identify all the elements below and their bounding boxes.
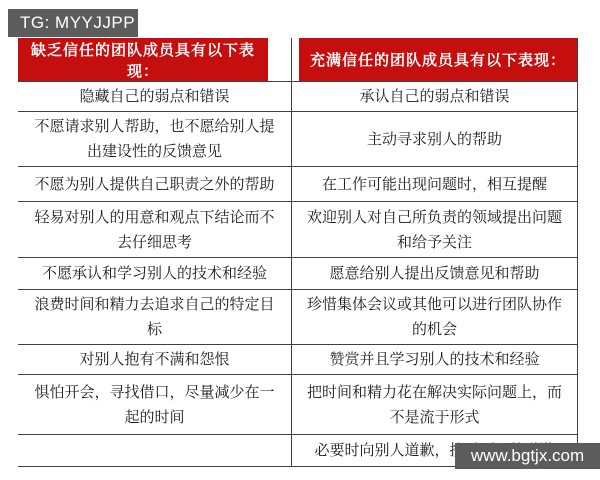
table-row: 惧怕开会，寻找借口，尽量减少在一起的时间 把时间和精力花在解决实际问题上，而不是…: [18, 375, 578, 435]
tg-tag-label: TG: MYYJJPP: [20, 13, 135, 33]
cell-full-trust: 愿意给别人提出反馈意见和帮助: [292, 258, 578, 289]
table-row: 对别人抱有不满和怨恨 赞赏并且学习别人的技术和经验: [18, 345, 578, 375]
cell-full-trust: 承认自己的弱点和错误: [292, 82, 578, 111]
table-row: 不愿请求别人帮助，也不愿给别人提出建设性的反馈意见 主动寻求别人的帮助: [18, 112, 578, 167]
watermark-url: www.bgtjx.com: [471, 446, 584, 466]
watermark-bar: www.bgtjx.com: [455, 443, 600, 469]
cell-full-trust: 欢迎别人对自己所负责的领域提出问题和给予关注: [292, 202, 578, 257]
table-row: 不愿为别人提供自己职责之外的帮助 在工作可能出现问题时，相互提醒: [18, 167, 578, 202]
cell-full-trust: 赞赏并且学习别人的技术和经验: [292, 345, 578, 374]
table-row: 隐藏自己的弱点和错误 承认自己的弱点和错误: [18, 82, 578, 112]
trust-comparison-table: 缺乏信任的团队成员具有以下表现： 充满信任的团队成员具有以下表现： 隐藏自己的弱…: [18, 38, 578, 467]
cell-lack-trust: 不愿请求别人帮助，也不愿给别人提出建设性的反馈意见: [18, 112, 292, 166]
cell-lack-trust: 轻易对别人的用意和观点下结论而不去仔细思考: [18, 202, 292, 257]
header-cell-lack-trust: 缺乏信任的团队成员具有以下表现：: [18, 38, 292, 81]
table-body: 隐藏自己的弱点和错误 承认自己的弱点和错误 不愿请求别人帮助，也不愿给别人提出建…: [18, 81, 578, 467]
cell-lack-trust: 惧怕开会，寻找借口，尽量减少在一起的时间: [18, 375, 292, 434]
table-row: 浪费时间和精力去追求自己的特定目标 珍惜集体会议或其他可以进行团队协作的机会: [18, 290, 578, 345]
table-row: 不愿承认和学习别人的技术和经验 愿意给别人提出反馈意见和帮助: [18, 258, 578, 290]
cell-lack-trust: 对别人抱有不满和怨恨: [18, 345, 292, 374]
cell-lack-trust: 不愿为别人提供自己职责之外的帮助: [18, 167, 292, 201]
table-header-row: 缺乏信任的团队成员具有以下表现： 充满信任的团队成员具有以下表现：: [18, 38, 578, 81]
header-label-lack-trust: 缺乏信任的团队成员具有以下表现：: [18, 38, 268, 81]
cell-lack-trust: 不愿承认和学习别人的技术和经验: [18, 258, 292, 289]
cell-full-trust: 在工作可能出现问题时，相互提醒: [292, 167, 578, 201]
table-row: 轻易对别人的用意和观点下结论而不去仔细思考 欢迎别人对自己所负责的领域提出问题和…: [18, 202, 578, 258]
cell-lack-trust: 浪费时间和精力去追求自己的特定目标: [18, 290, 292, 344]
cell-full-trust: 主动寻求别人的帮助: [292, 112, 578, 166]
cell-lack-trust: 隐藏自己的弱点和错误: [18, 82, 292, 111]
cell-lack-trust: [18, 435, 292, 466]
cell-full-trust: 把时间和精力花在解决实际问题上，而不是流于形式: [292, 375, 578, 434]
header-label-full-trust: 充满信任的团队成员具有以下表现：: [299, 38, 577, 81]
tg-tag-bar: TG: MYYJJPP: [8, 9, 138, 37]
cell-full-trust: 珍惜集体会议或其他可以进行团队协作的机会: [292, 290, 578, 344]
header-cell-full-trust: 充满信任的团队成员具有以下表现：: [292, 38, 578, 81]
